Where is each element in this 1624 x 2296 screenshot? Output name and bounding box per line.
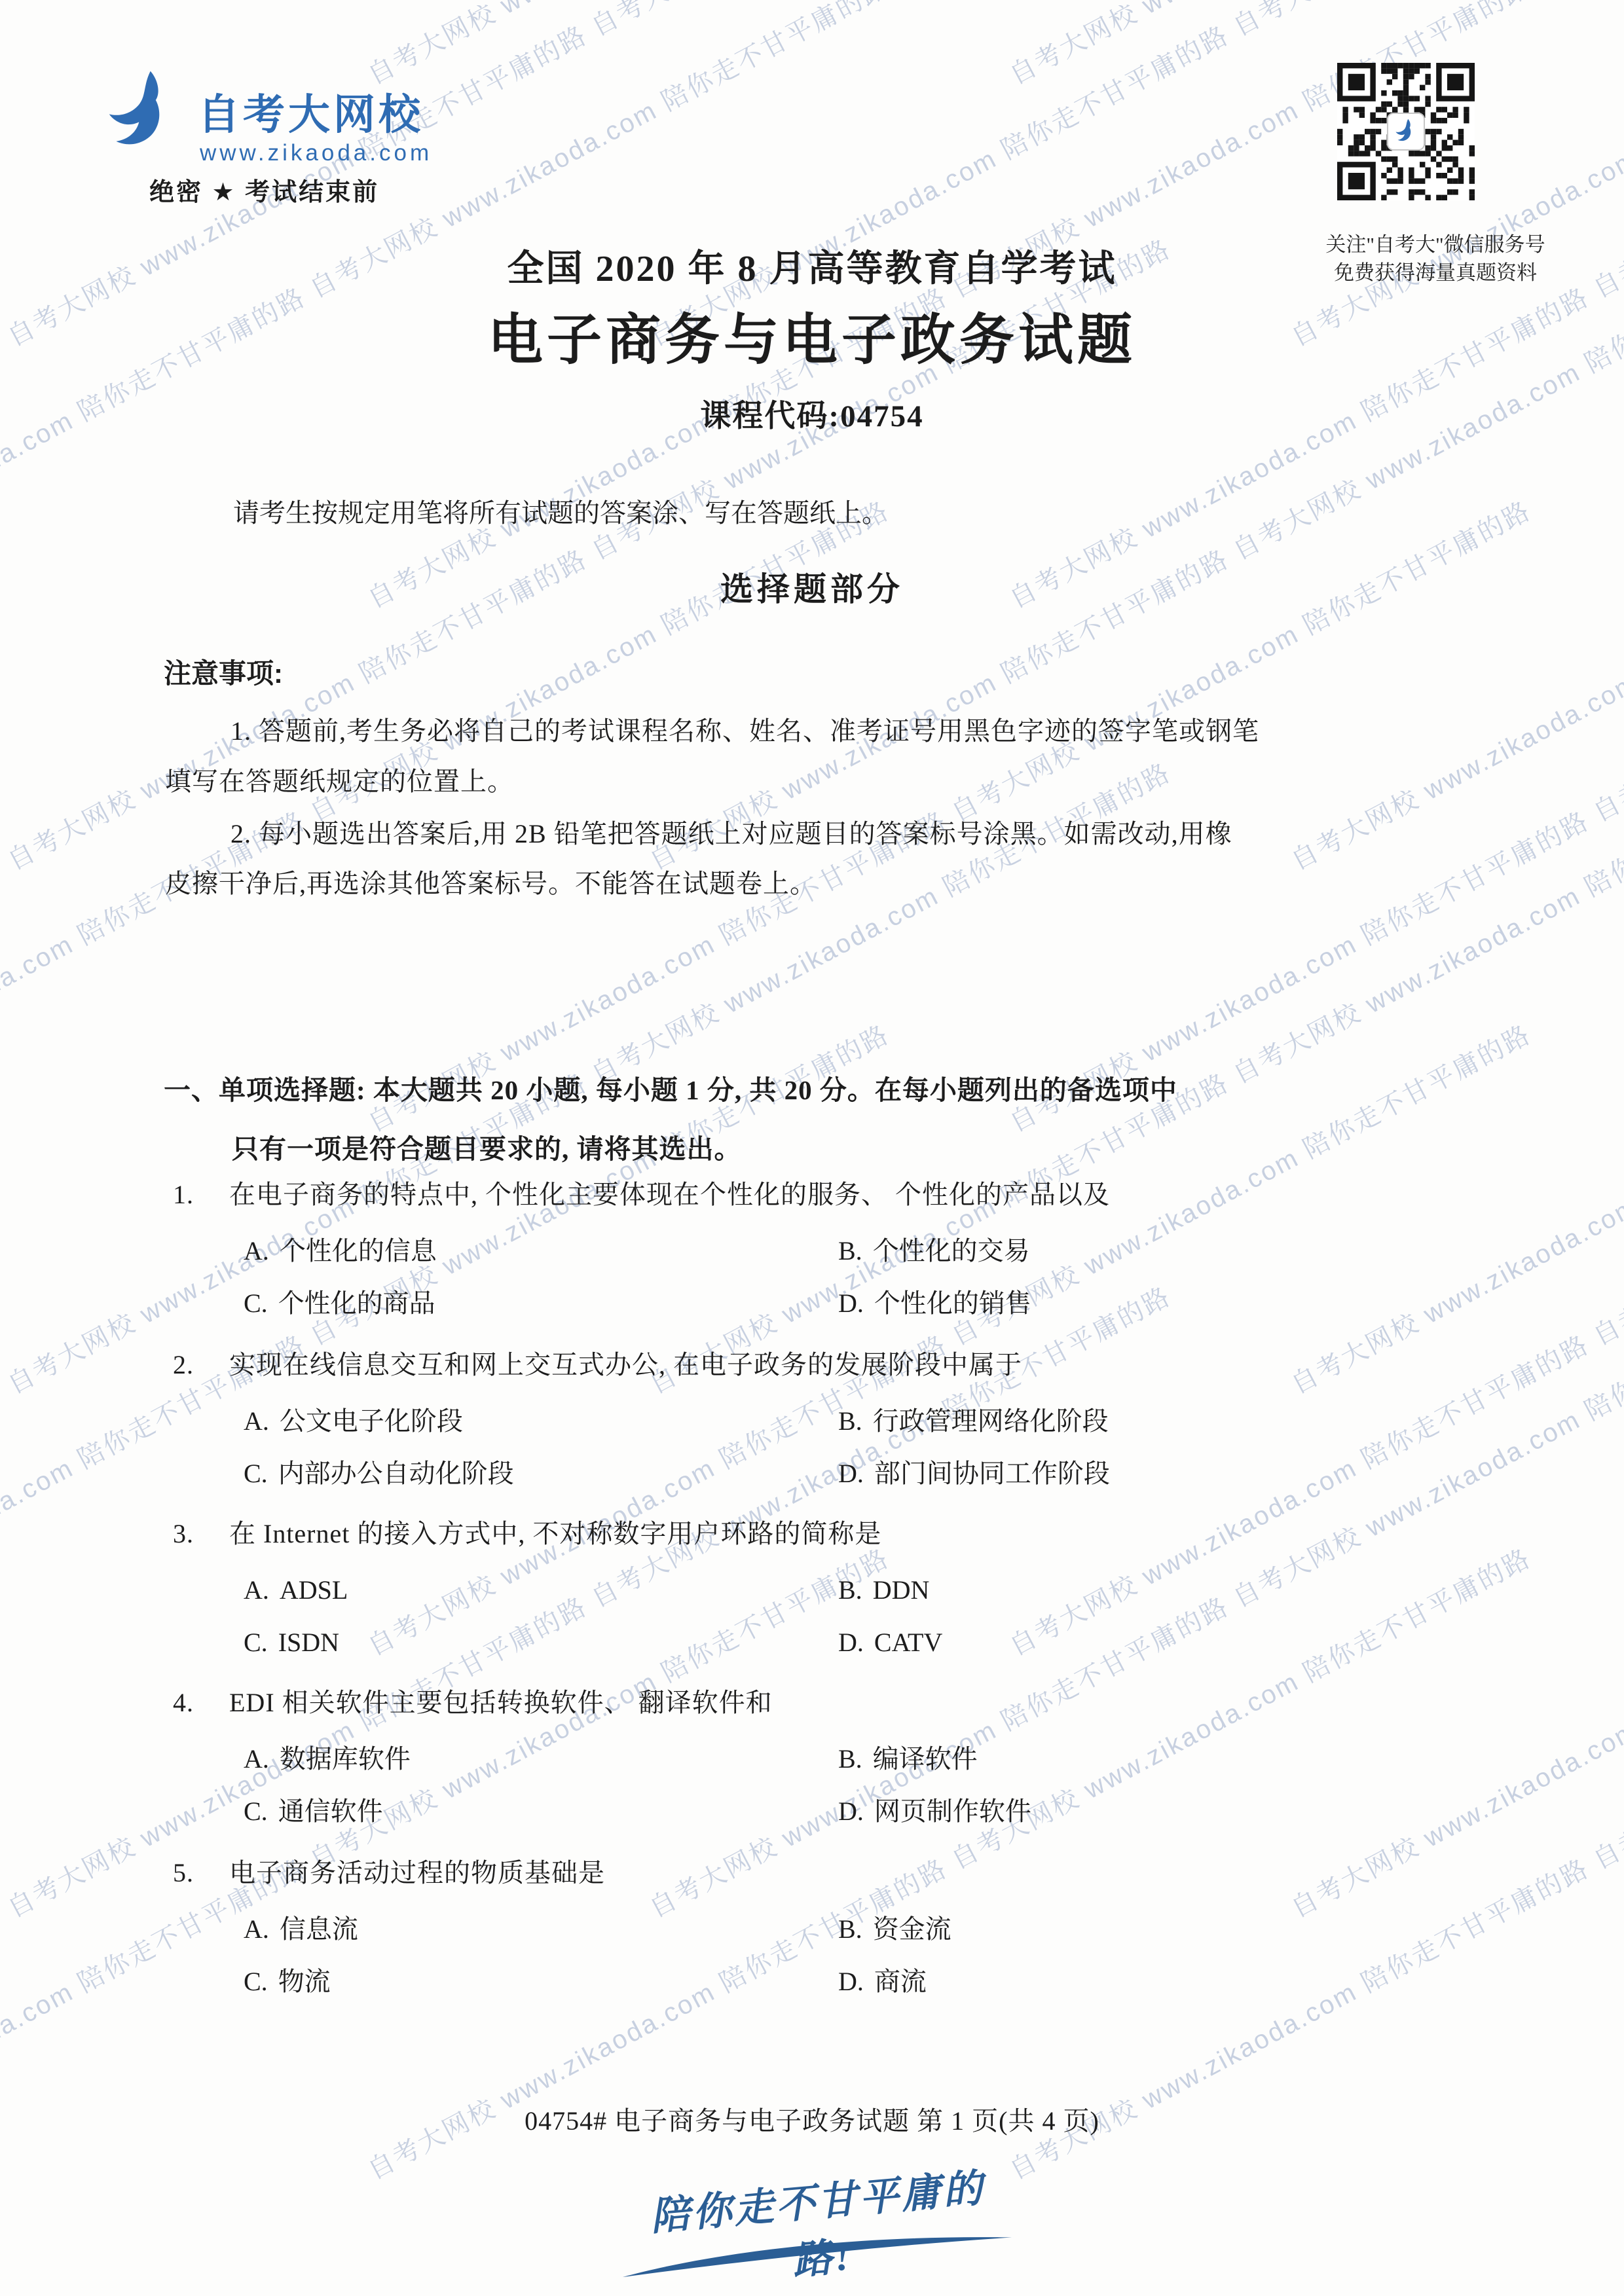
option-a: A.个性化的信息 [244, 1235, 838, 1267]
option-d: D.CATV [838, 1626, 1473, 1659]
option-label: D. [838, 1967, 864, 1996]
question-2: 2. 实现在线信息交互和网上交互式办公, 在电子政务的发展阶段中属于 A.公文电… [164, 1349, 1473, 1490]
question-options: A.公文电子化阶段 B.行政管理网络化阶段 C.内部办公自动化阶段 D.部门间协… [244, 1405, 1473, 1490]
option-b: B.编译软件 [838, 1743, 1473, 1776]
option-c: C.物流 [244, 1965, 838, 1998]
option-label: A. [244, 1744, 269, 1774]
option-label: C. [244, 1288, 268, 1318]
option-label: A. [244, 1236, 269, 1266]
option-b: B.资金流 [838, 1913, 1473, 1946]
question-options: A.ADSL B.DDN C.ISDN D.CATV [244, 1574, 1473, 1659]
option-label: C. [244, 1796, 268, 1826]
option-a: A.ADSL [244, 1574, 838, 1607]
page-content: 自考大网校 www.zikaoda.com 绝密 ★ 考试结束前 关注"自考大"… [0, 0, 1624, 2296]
question-1: 1. 在电子商务的特点中, 个性化主要体现在个性化的服务、 个性化的产品以及 A… [164, 1178, 1473, 1320]
slogan-underline-swoosh [616, 2223, 1022, 2281]
qr-code [1337, 63, 1475, 200]
option-a: A.公文电子化阶段 [244, 1405, 838, 1438]
option-label: B. [838, 1744, 862, 1774]
course-code: 课程代码:04754 [0, 392, 1624, 435]
section1-header-line1: 一、单项选择题: 本大题共 20 小题, 每小题 1 分, 共 20 分。在每小… [164, 1068, 1177, 1107]
option-label: B. [838, 1575, 862, 1605]
option-text: 公文电子化阶段 [280, 1406, 463, 1436]
option-label: A. [244, 1575, 269, 1605]
question-options: A.个性化的信息 B.个性化的交易 C.个性化的商品 D.个性化的销售 [244, 1235, 1473, 1320]
instruction-item1-line2: 填写在答题纸规定的位置上。 [165, 761, 514, 798]
question-stem: 4. EDI 相关软件主要包括转换软件、 翻译软件和 [164, 1686, 1473, 1719]
option-a: A.信息流 [244, 1913, 838, 1946]
option-d: D.网页制作软件 [838, 1795, 1473, 1828]
option-label: A. [244, 1406, 269, 1436]
classification-banner: 绝密 ★ 考试结束前 [149, 172, 379, 208]
option-label: C. [244, 1459, 268, 1488]
option-text: 数据库软件 [280, 1744, 411, 1774]
option-text: 网页制作软件 [874, 1796, 1031, 1826]
option-text: 个性化的交易 [873, 1236, 1030, 1266]
question-options: A.信息流 B.资金流 C.物流 D.商流 [244, 1913, 1473, 1998]
question-text: 实现在线信息交互和网上交互式办公, 在电子政务的发展阶段中属于 [229, 1349, 1022, 1381]
question-text: 在 Internet 的接入方式中, 不对称数字用户环路的简称是 [229, 1518, 881, 1550]
question-text: EDI 相关软件主要包括转换软件、 翻译软件和 [229, 1686, 773, 1719]
exam-title-line2: 电子商务与电子政务试题 [0, 296, 1624, 375]
option-text: 部门间协同工作阶段 [874, 1459, 1110, 1488]
option-b: B.DDN [838, 1574, 1473, 1607]
option-text: 资金流 [873, 1914, 951, 1944]
option-text: 信息流 [280, 1914, 358, 1944]
option-d: D.部门间协同工作阶段 [838, 1457, 1473, 1490]
exam-title-line1: 全国 2020 年 8 月高等教育自学考试 [0, 240, 1624, 292]
option-text: 通信软件 [278, 1796, 383, 1826]
brand-bird-icon [98, 69, 189, 157]
question-options: A.数据库软件 B.编译软件 C.通信软件 D.网页制作软件 [244, 1743, 1473, 1828]
question-stem: 3. 在 Internet 的接入方式中, 不对称数字用户环路的简称是 [164, 1518, 1473, 1550]
option-c: C.内部办公自动化阶段 [244, 1457, 838, 1490]
option-label: B. [838, 1914, 862, 1944]
option-text: ADSL [280, 1575, 348, 1605]
option-label: D. [838, 1796, 864, 1826]
option-text: 商流 [874, 1967, 927, 1996]
question-3: 3. 在 Internet 的接入方式中, 不对称数字用户环路的简称是 A.AD… [164, 1518, 1473, 1659]
question-number: 3. [164, 1518, 229, 1550]
question-number: 2. [164, 1349, 229, 1381]
option-d: D.个性化的销售 [838, 1287, 1473, 1320]
option-text: 内部办公自动化阶段 [278, 1459, 514, 1488]
answer-sheet-notice: 请考生按规定用笔将所有试题的答案涂、写在答题纸上。 [233, 492, 888, 530]
question-number: 1. [164, 1178, 229, 1211]
option-label: C. [244, 1628, 268, 1657]
option-label: A. [244, 1914, 269, 1944]
option-c: C.通信软件 [244, 1795, 838, 1828]
exam-paper-page: 自考大网校 www.zikaoda.com 陪你走不甘平庸的路 自考大网校 ww… [0, 0, 1624, 2296]
part-title: 选择题部分 [0, 563, 1624, 610]
instructions-heading: 注意事项: [164, 652, 283, 691]
option-text: DDN [873, 1575, 930, 1605]
option-b: B.行政管理网络化阶段 [838, 1405, 1473, 1438]
brand-url: www.zikaoda.com [200, 140, 432, 166]
question-4: 4. EDI 相关软件主要包括转换软件、 翻译软件和 A.数据库软件 B.编译软… [164, 1686, 1473, 1828]
option-text: ISDN [278, 1628, 339, 1657]
question-stem: 1. 在电子商务的特点中, 个性化主要体现在个性化的服务、 个性化的产品以及 [164, 1178, 1473, 1211]
option-d: D.商流 [838, 1965, 1473, 1998]
option-text: 个性化的信息 [280, 1236, 437, 1266]
option-c: C.ISDN [244, 1626, 838, 1659]
option-label: C. [244, 1967, 268, 1996]
option-label: D. [838, 1628, 864, 1657]
option-text: 编译软件 [873, 1744, 978, 1774]
option-c: C.个性化的商品 [244, 1287, 838, 1320]
question-text: 在电子商务的特点中, 个性化主要体现在个性化的服务、 个性化的产品以及 [229, 1178, 1110, 1211]
page-footer: 04754# 电子商务与电子政务试题 第 1 页(共 4 页) [0, 2100, 1624, 2138]
option-text: 个性化的商品 [278, 1288, 435, 1318]
brand-name: 自考大网校 [198, 81, 424, 141]
question-stem: 5. 电子商务活动过程的物质基础是 [164, 1857, 1473, 1889]
option-label: D. [838, 1459, 864, 1488]
instruction-item1-line1: 1. 答题前,考生务必将自己的考试课程名称、姓名、准考证号用黑色字迹的签字笔或钢… [231, 710, 1259, 748]
option-text: 行政管理网络化阶段 [873, 1406, 1109, 1436]
option-text: CATV [874, 1628, 942, 1657]
option-label: D. [838, 1288, 864, 1318]
section1-header-line2: 只有一项是符合题目要求的, 请将其选出。 [232, 1127, 742, 1166]
question-number: 4. [164, 1686, 229, 1719]
option-b: B.个性化的交易 [838, 1235, 1473, 1267]
question-number: 5. [164, 1857, 229, 1889]
instruction-item2-line1: 2. 每小题选出答案后,用 2B 铅笔把答题纸上对应题目的答案标号涂黑。如需改动… [231, 813, 1232, 850]
question-stem: 2. 实现在线信息交互和网上交互式办公, 在电子政务的发展阶段中属于 [164, 1349, 1473, 1381]
question-5: 5. 电子商务活动过程的物质基础是 A.信息流 B.资金流 C.物流 D.商流 [164, 1857, 1473, 1998]
option-a: A.数据库软件 [244, 1743, 838, 1776]
option-label: B. [838, 1236, 862, 1266]
question-text: 电子商务活动过程的物质基础是 [229, 1857, 605, 1889]
option-text: 个性化的销售 [874, 1288, 1031, 1318]
option-label: B. [838, 1406, 862, 1436]
option-text: 物流 [278, 1967, 331, 1996]
instruction-item2-line2: 皮擦干净后,再选涂其他答案标号。不能答在试题卷上。 [165, 863, 817, 900]
